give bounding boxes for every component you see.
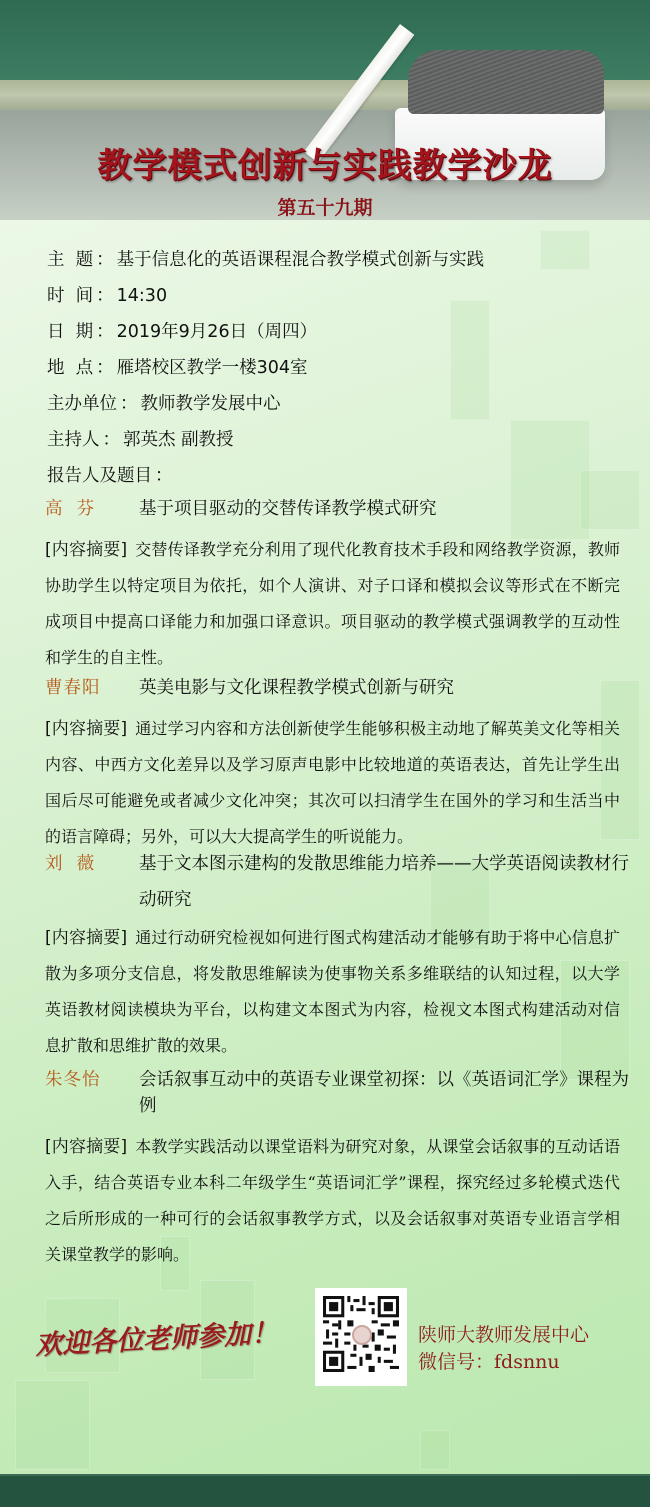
info-separator: ： <box>96 320 114 356</box>
info-row-organizer: 主办单位：教师教学发展中心 <box>47 392 484 428</box>
info-row-location: 地 点：雁塔校区教学一楼304室 <box>47 356 484 392</box>
info-label: 主办单位 <box>47 392 117 428</box>
decor-square <box>420 1430 450 1470</box>
university-logo-icon <box>352 1325 372 1345</box>
speaker-heading: 刘 薇 基于文本图示建构的发散思维能力培养——大学英语阅读教材行动研究 <box>45 851 629 918</box>
abstract-tag: [内容摘要] <box>45 928 127 948</box>
organizer-name: 陕师大教师发展中心 <box>418 1322 589 1349</box>
speaker-name: 曹春阳 <box>45 675 139 701</box>
info-label: 日 期 <box>47 320 93 356</box>
speaker-block: 曹春阳 英美电影与文化课程教学模式创新与研究 [内容摘要]通过学习内容和方法创新… <box>45 675 629 855</box>
issue-number: 第五十九期 <box>0 193 650 220</box>
info-separator: ： <box>120 392 138 428</box>
footer-band <box>0 1474 650 1507</box>
organizer-contact: 陕师大教师发展中心 微信号：fdsnnu <box>418 1322 589 1376</box>
decor-square <box>15 1380 90 1470</box>
speaker-name: 高 芬 <box>45 496 139 522</box>
event-info: 主 题：基于信息化的英语课程混合教学模式创新与实践 时 间：14:30 日 期：… <box>47 248 484 500</box>
speaker-heading: 朱冬怡 会话叙事互动中的英语专业课堂初探：以《英语词汇学》课程为例 <box>45 1067 639 1119</box>
qr-code-icon[interactable] <box>315 1288 407 1386</box>
info-value: 郭英杰 副教授 <box>123 428 234 464</box>
speaker-topic: 基于项目驱动的交替传译教学模式研究 <box>139 496 629 522</box>
speaker-topic: 会话叙事互动中的英语专业课堂初探：以《英语词汇学》课程为例 <box>139 1067 639 1119</box>
speaker-topic: 基于文本图示建构的发散思维能力培养——大学英语阅读教材行动研究 <box>139 846 629 918</box>
info-row-host: 主持人：郭英杰 副教授 <box>47 428 484 464</box>
info-label: 主 题 <box>47 248 93 284</box>
speaker-heading: 高 芬 基于项目驱动的交替传译教学模式研究 <box>45 496 629 522</box>
info-separator: ： <box>96 284 114 320</box>
decor-square <box>540 230 590 270</box>
info-separator: ： <box>96 248 114 284</box>
info-value: 雁塔校区教学一楼304室 <box>117 356 308 392</box>
speaker-name: 刘 薇 <box>45 851 139 918</box>
info-separator: ： <box>103 428 121 464</box>
speaker-abstract: [内容摘要]本教学实践活动以课堂语料为研究对象，从课堂会话叙事的互动话语入手，结… <box>45 1129 620 1273</box>
abstract-text: 本教学实践活动以课堂语料为研究对象，从课堂会话叙事的互动话语入手，结合英语专业本… <box>45 1137 620 1264</box>
info-row-date: 日 期：2019年9月26日（周四） <box>47 320 484 356</box>
info-row-time: 时 间：14:30 <box>47 284 484 320</box>
speaker-topic: 英美电影与文化课程教学模式创新与研究 <box>139 675 629 701</box>
speaker-heading: 曹春阳 英美电影与文化课程教学模式创新与研究 <box>45 675 629 701</box>
speaker-block: 刘 薇 基于文本图示建构的发散思维能力培养——大学英语阅读教材行动研究 [内容摘… <box>45 851 629 1064</box>
header-photo <box>0 0 650 220</box>
info-value: 14:30 <box>117 284 167 320</box>
abstract-text: 通过行动研究检视如何进行图式构建活动才能够有助于将中心信息扩散为多项分支信息，将… <box>45 928 620 1055</box>
info-label: 地 点 <box>47 356 93 392</box>
abstract-tag: [内容摘要] <box>45 540 127 560</box>
info-row-speakers-heading: 报告人及题目： <box>47 464 484 500</box>
eraser-felt-image <box>408 50 604 114</box>
speaker-abstract: [内容摘要]交替传译教学充分利用了现代化教育技术手段和网络教学资源，教师协助学生… <box>45 532 620 676</box>
info-value: 教师教学发展中心 <box>141 392 281 428</box>
page-title: 教学模式创新与实践教学沙龙 <box>0 138 650 187</box>
info-value: 基于信息化的英语课程混合教学模式创新与实践 <box>117 248 485 284</box>
info-label: 主持人 <box>47 428 100 464</box>
info-separator: ： <box>155 464 173 500</box>
speaker-name: 朱冬怡 <box>45 1067 139 1119</box>
abstract-tag: [内容摘要] <box>45 719 127 739</box>
abstract-text: 交替传译教学充分利用了现代化教育技术手段和网络教学资源，教师协助学生以特定项目为… <box>45 540 620 667</box>
speaker-block: 高 芬 基于项目驱动的交替传译教学模式研究 [内容摘要]交替传译教学充分利用了现… <box>45 496 629 676</box>
info-separator: ： <box>96 356 114 392</box>
abstract-text: 通过学习内容和方法创新使学生能够积极主动地了解英美文化等相关内容、中西方文化差异… <box>45 719 620 846</box>
info-label: 报告人及题目 <box>47 464 152 500</box>
wechat-id: 微信号：fdsnnu <box>418 1349 589 1376</box>
speaker-abstract: [内容摘要]通过学习内容和方法创新使学生能够积极主动地了解英美文化等相关内容、中… <box>45 711 620 855</box>
info-row-topic: 主 题：基于信息化的英语课程混合教学模式创新与实践 <box>47 248 484 284</box>
abstract-tag: [内容摘要] <box>45 1137 127 1157</box>
speaker-block: 朱冬怡 会话叙事互动中的英语专业课堂初探：以《英语词汇学》课程为例 [内容摘要]… <box>45 1067 639 1273</box>
speaker-abstract: [内容摘要]通过行动研究检视如何进行图式构建活动才能够有助于将中心信息扩散为多项… <box>45 920 620 1064</box>
info-label: 时 间 <box>47 284 93 320</box>
info-value: 2019年9月26日（周四） <box>117 320 317 356</box>
